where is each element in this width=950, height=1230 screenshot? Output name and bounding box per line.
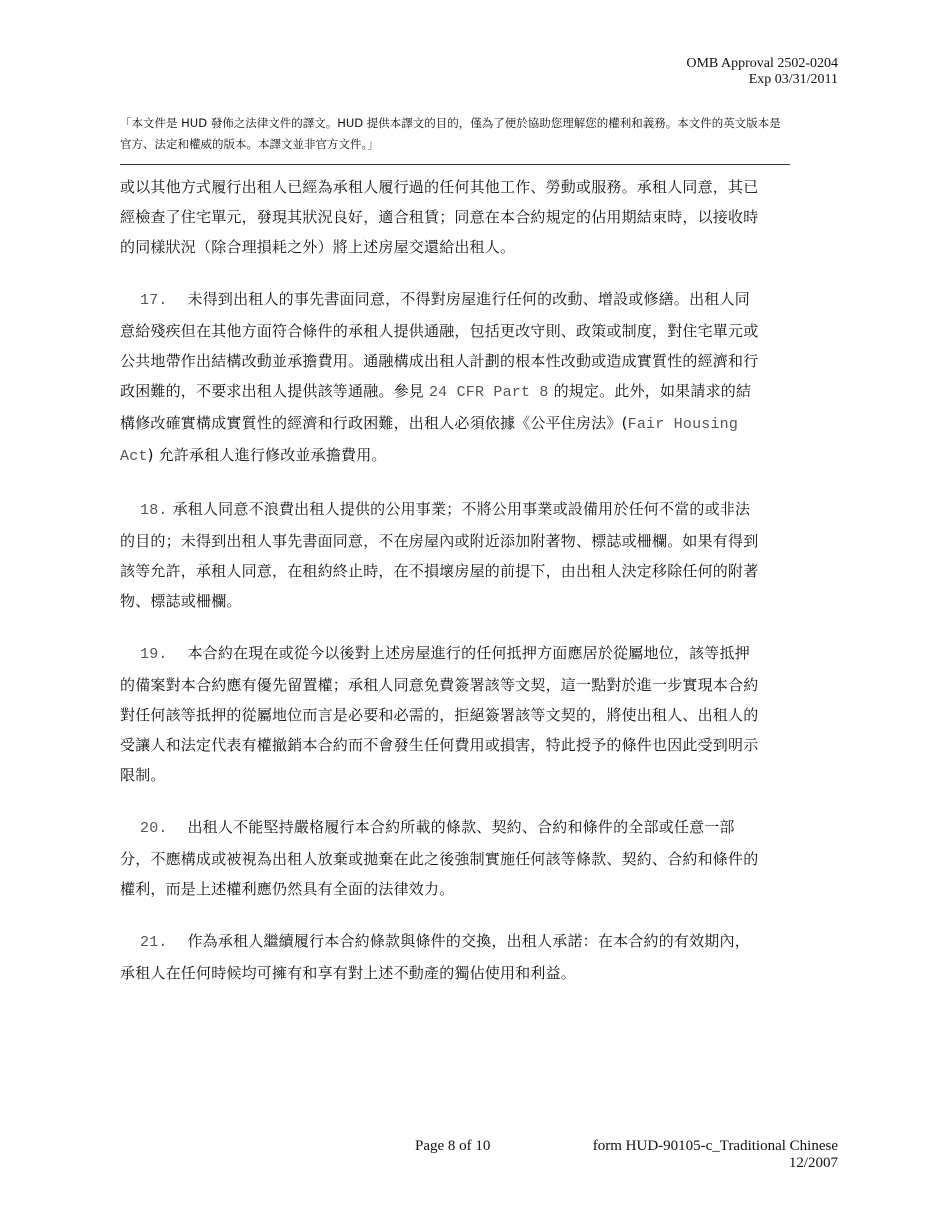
paragraph-text: 本合約在現在或從今以後對上述房屋進行的任何抵押方面應居於從屬地位，該等抵押 [187, 644, 749, 662]
paragraph-line: 受讓人和法定代表有權撤銷本合約而不會發生任何費用或損害，特此授予的條件也因此受到… [120, 730, 850, 760]
paragraph-text: 出租人不能堅持嚴格履行本合約所載的條款、契約、合約和條件的全部或任意一部 [187, 818, 734, 836]
form-identifier: form HUD-90105-c_Traditional Chinese 12/… [593, 1138, 838, 1172]
disclaimer-line: 「本文件是 HUD 發佈之法律文件的譯文。HUD 提供本譯文的目的，僅為了便於協… [120, 113, 840, 134]
paragraph-line: Act) 允許承租人進行修改並承擔費用。 [120, 440, 850, 472]
paragraph-line: 分，不應構成或被視為出租人放棄或拋棄在此之後強制實施任何該等條款、契約、合約和條… [120, 844, 850, 874]
paragraph-line: 或以其他方式履行出租人已經為承租人履行過的任何其他工作、勞動或服務。承租人同意，… [120, 172, 850, 202]
paragraph-line: 承租人在任何時候均可擁有和享有對上述不動產的獨佔使用和利益。 [120, 958, 850, 988]
section-number: 20. [140, 820, 168, 837]
act-name: Act [120, 448, 148, 465]
act-name: Fair Housing [628, 416, 738, 433]
section-18: 18. 承租人同意不浪費出租人提供的公用事業；不將公用事業或設備用於任何不當的或… [120, 494, 850, 616]
paragraph-line: 構修改確實構成實質性的經濟和行政困難，出租人必須依據《公平住房法》(Fair H… [120, 408, 850, 440]
paragraph-line: 18. 承租人同意不浪費出租人提供的公用事業；不將公用事業或設備用於任何不當的或… [120, 494, 850, 526]
paragraph-text: 構修改確實構成實質性的經濟和行政困難，出租人必須依據《公平住房法》( [120, 414, 628, 432]
paragraph-text: 的規定。此外，如果請求的結 [549, 382, 752, 400]
section-20: 20. 出租人不能堅持嚴格履行本合約所載的條款、契約、合約和條件的全部或任意一部… [120, 812, 850, 904]
paragraph-line: 對任何該等抵押的從屬地位而言是必要和必需的，拒絕簽署該等文契的，將使出租人、出租… [120, 700, 850, 730]
omb-approval-number: OMB Approval 2502-0204 [686, 56, 838, 72]
section-17: 17. 未得到出租人的事先書面同意，不得對房屋進行任何的改動、增設或修繕。出租人… [120, 284, 850, 472]
section-number: 18. [140, 502, 168, 519]
section-number: 17. [140, 292, 168, 309]
form-name: form HUD-90105-c_Traditional Chinese [593, 1138, 838, 1155]
paragraph-text: 作為承租人繼續履行本合約條款與條件的交換，出租人承諾：在本合約的有效期內， [187, 932, 749, 950]
section-21: 21. 作為承租人繼續履行本合約條款與條件的交換，出租人承諾：在本合約的有效期內… [120, 926, 850, 988]
expiration-date: Exp 03/31/2011 [686, 72, 838, 88]
translation-disclaimer: 「本文件是 HUD 發佈之法律文件的譯文。HUD 提供本譯文的目的，僅為了便於協… [120, 113, 840, 155]
paragraph-line: 意給殘疾但在其他方面符合條件的承租人提供通融，包括更改守則、政策或制度，對住宅單… [120, 316, 850, 346]
paragraph-line: 的備案對本合約應有優先留置權；承租人同意免費簽署該等文契，這一點對於進一步實現本… [120, 670, 850, 700]
paragraph-line: 20. 出租人不能堅持嚴格履行本合約所載的條款、契約、合約和條件的全部或任意一部 [120, 812, 850, 844]
paragraph-line: 21. 作為承租人繼續履行本合約條款與條件的交換，出租人承諾：在本合約的有效期內… [120, 926, 850, 958]
paragraph-line: 17. 未得到出租人的事先書面同意，不得對房屋進行任何的改動、增設或修繕。出租人… [120, 284, 850, 316]
paragraph-text: 未得到出租人的事先書面同意，不得對房屋進行任何的改動、增設或修繕。出租人同 [187, 290, 749, 308]
paragraph-line: 政困難的，不要求出租人提供該等通融。參見 24 CFR Part 8 的規定。此… [120, 376, 850, 408]
paragraph-text: 政困難的，不要求出租人提供該等通融。參見 [120, 382, 429, 400]
paragraph-line: 該等允許，承租人同意，在租約終止時，在不損壞房屋的前提下，由出租人決定移除任何的… [120, 556, 850, 586]
paragraph-text: 承租人同意不浪費出租人提供的公用事業；不將公用事業或設備用於任何不當的或非法 [173, 500, 751, 518]
paragraph-line: 公共地帶作出結構改動並承擔費用。通融構成出租人計劃的根本性改動或造成實質性的經濟… [120, 346, 850, 376]
section-number: 19. [140, 646, 168, 663]
paragraph-line: 權利，而是上述權利應仍然具有全面的法律效力。 [120, 874, 850, 904]
disclaimer-line: 官方、法定和權威的版本。本譯文並非官方文件。」 [120, 134, 840, 155]
omb-approval-block: OMB Approval 2502-0204 Exp 03/31/2011 [686, 56, 838, 88]
paragraph-line: 經檢查了住宅單元，發現其狀況良好，適合租賃；同意在本合約規定的佔用期結束時，以接… [120, 202, 850, 232]
cfr-reference: 24 CFR Part 8 [429, 384, 549, 401]
section-continuation: 或以其他方式履行出租人已經為承租人履行過的任何其他工作、勞動或服務。承租人同意，… [120, 172, 850, 262]
section-19: 19. 本合約在現在或從今以後對上述房屋進行的任何抵押方面應居於從屬地位，該等抵… [120, 638, 850, 790]
header-divider [120, 164, 790, 165]
page-number: Page 8 of 10 [415, 1138, 490, 1155]
paragraph-line: 限制。 [120, 760, 850, 790]
paragraph-line: 19. 本合約在現在或從今以後對上述房屋進行的任何抵押方面應居於從屬地位，該等抵… [120, 638, 850, 670]
paragraph-line: 的同樣狀況（除合理損耗之外）將上述房屋交還給出租人。 [120, 232, 850, 262]
paragraph-line: 的目的；未得到出租人事先書面同意，不在房屋內或附近添加附著物、標誌或柵欄。如果有… [120, 526, 850, 556]
section-number: 21. [140, 934, 168, 951]
paragraph-line: 物、標誌或柵欄。 [120, 586, 850, 616]
document-body: 或以其他方式履行出租人已經為承租人履行過的任何其他工作、勞動或服務。承租人同意，… [120, 172, 850, 1010]
paragraph-text: ) 允許承租人進行修改並承擔費用。 [148, 446, 387, 464]
form-date: 12/2007 [593, 1155, 838, 1172]
